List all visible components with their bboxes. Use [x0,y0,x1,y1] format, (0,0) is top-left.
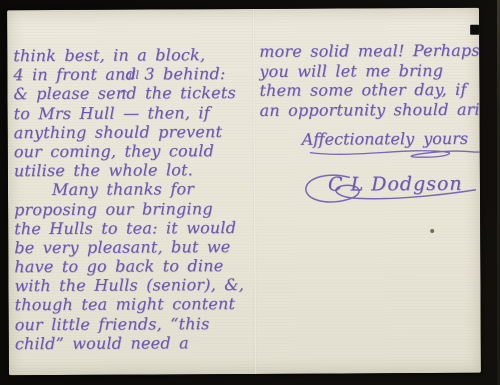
letter-page-right: more solid meal! Perhaps you will let me… [259,41,481,212]
handwriting-line: proposing our bringing [14,198,252,218]
handwriting-line: & please send the tickets [13,83,251,103]
handwriting-line: utilise the whole lot. [14,160,252,180]
signature-text: C L Dodgson [328,173,463,196]
closing-text: Affectionately yours [302,129,468,149]
handwriting-line: anything should prevent [14,122,252,142]
handwriting-line: with the Hulls (senior), &, [14,275,252,295]
letter-photo: think best, in a block, 4 in front and 3… [0,0,500,385]
letter-page-left: think best, in a block, 4 in front and 3… [13,45,253,353]
handwriting-line: child” would need a [15,333,253,353]
handwriting-line: you will let me bring [259,60,481,81]
handwriting-line: Many thanks for [14,179,252,199]
page-fold [252,9,257,374]
handwriting-line: the Hulls to tea: it would [14,218,252,238]
letter-paper: think best, in a block, 4 in front and 3… [7,8,481,375]
paper-speck [430,229,434,233]
letter-closing: Affectionately yours [302,129,481,162]
handwriting-line: be very pleasant, but we [14,237,252,257]
insertion-caret: ^ [119,90,128,100]
handwriting-line: more solid meal! Perhaps [259,41,481,62]
handwriting-line: them some other day, if [259,80,481,101]
handwriting-line: our coming, they could [14,141,252,161]
handwriting-line: have to go back to dine [14,256,252,276]
signature-block: C L Dodgson [300,163,481,212]
handwriting-line: our little friends, “this [15,314,253,334]
handwriting-line: an opportunity should arise. [260,99,481,120]
handwriting-line: though tea might content [15,294,253,314]
paper-edge-notch [470,25,479,35]
interline-insertion: all [125,70,139,81]
handwriting-line: think best, in a block, [13,45,251,65]
handwriting-line: to Mrs Hull — then, if [14,103,252,123]
